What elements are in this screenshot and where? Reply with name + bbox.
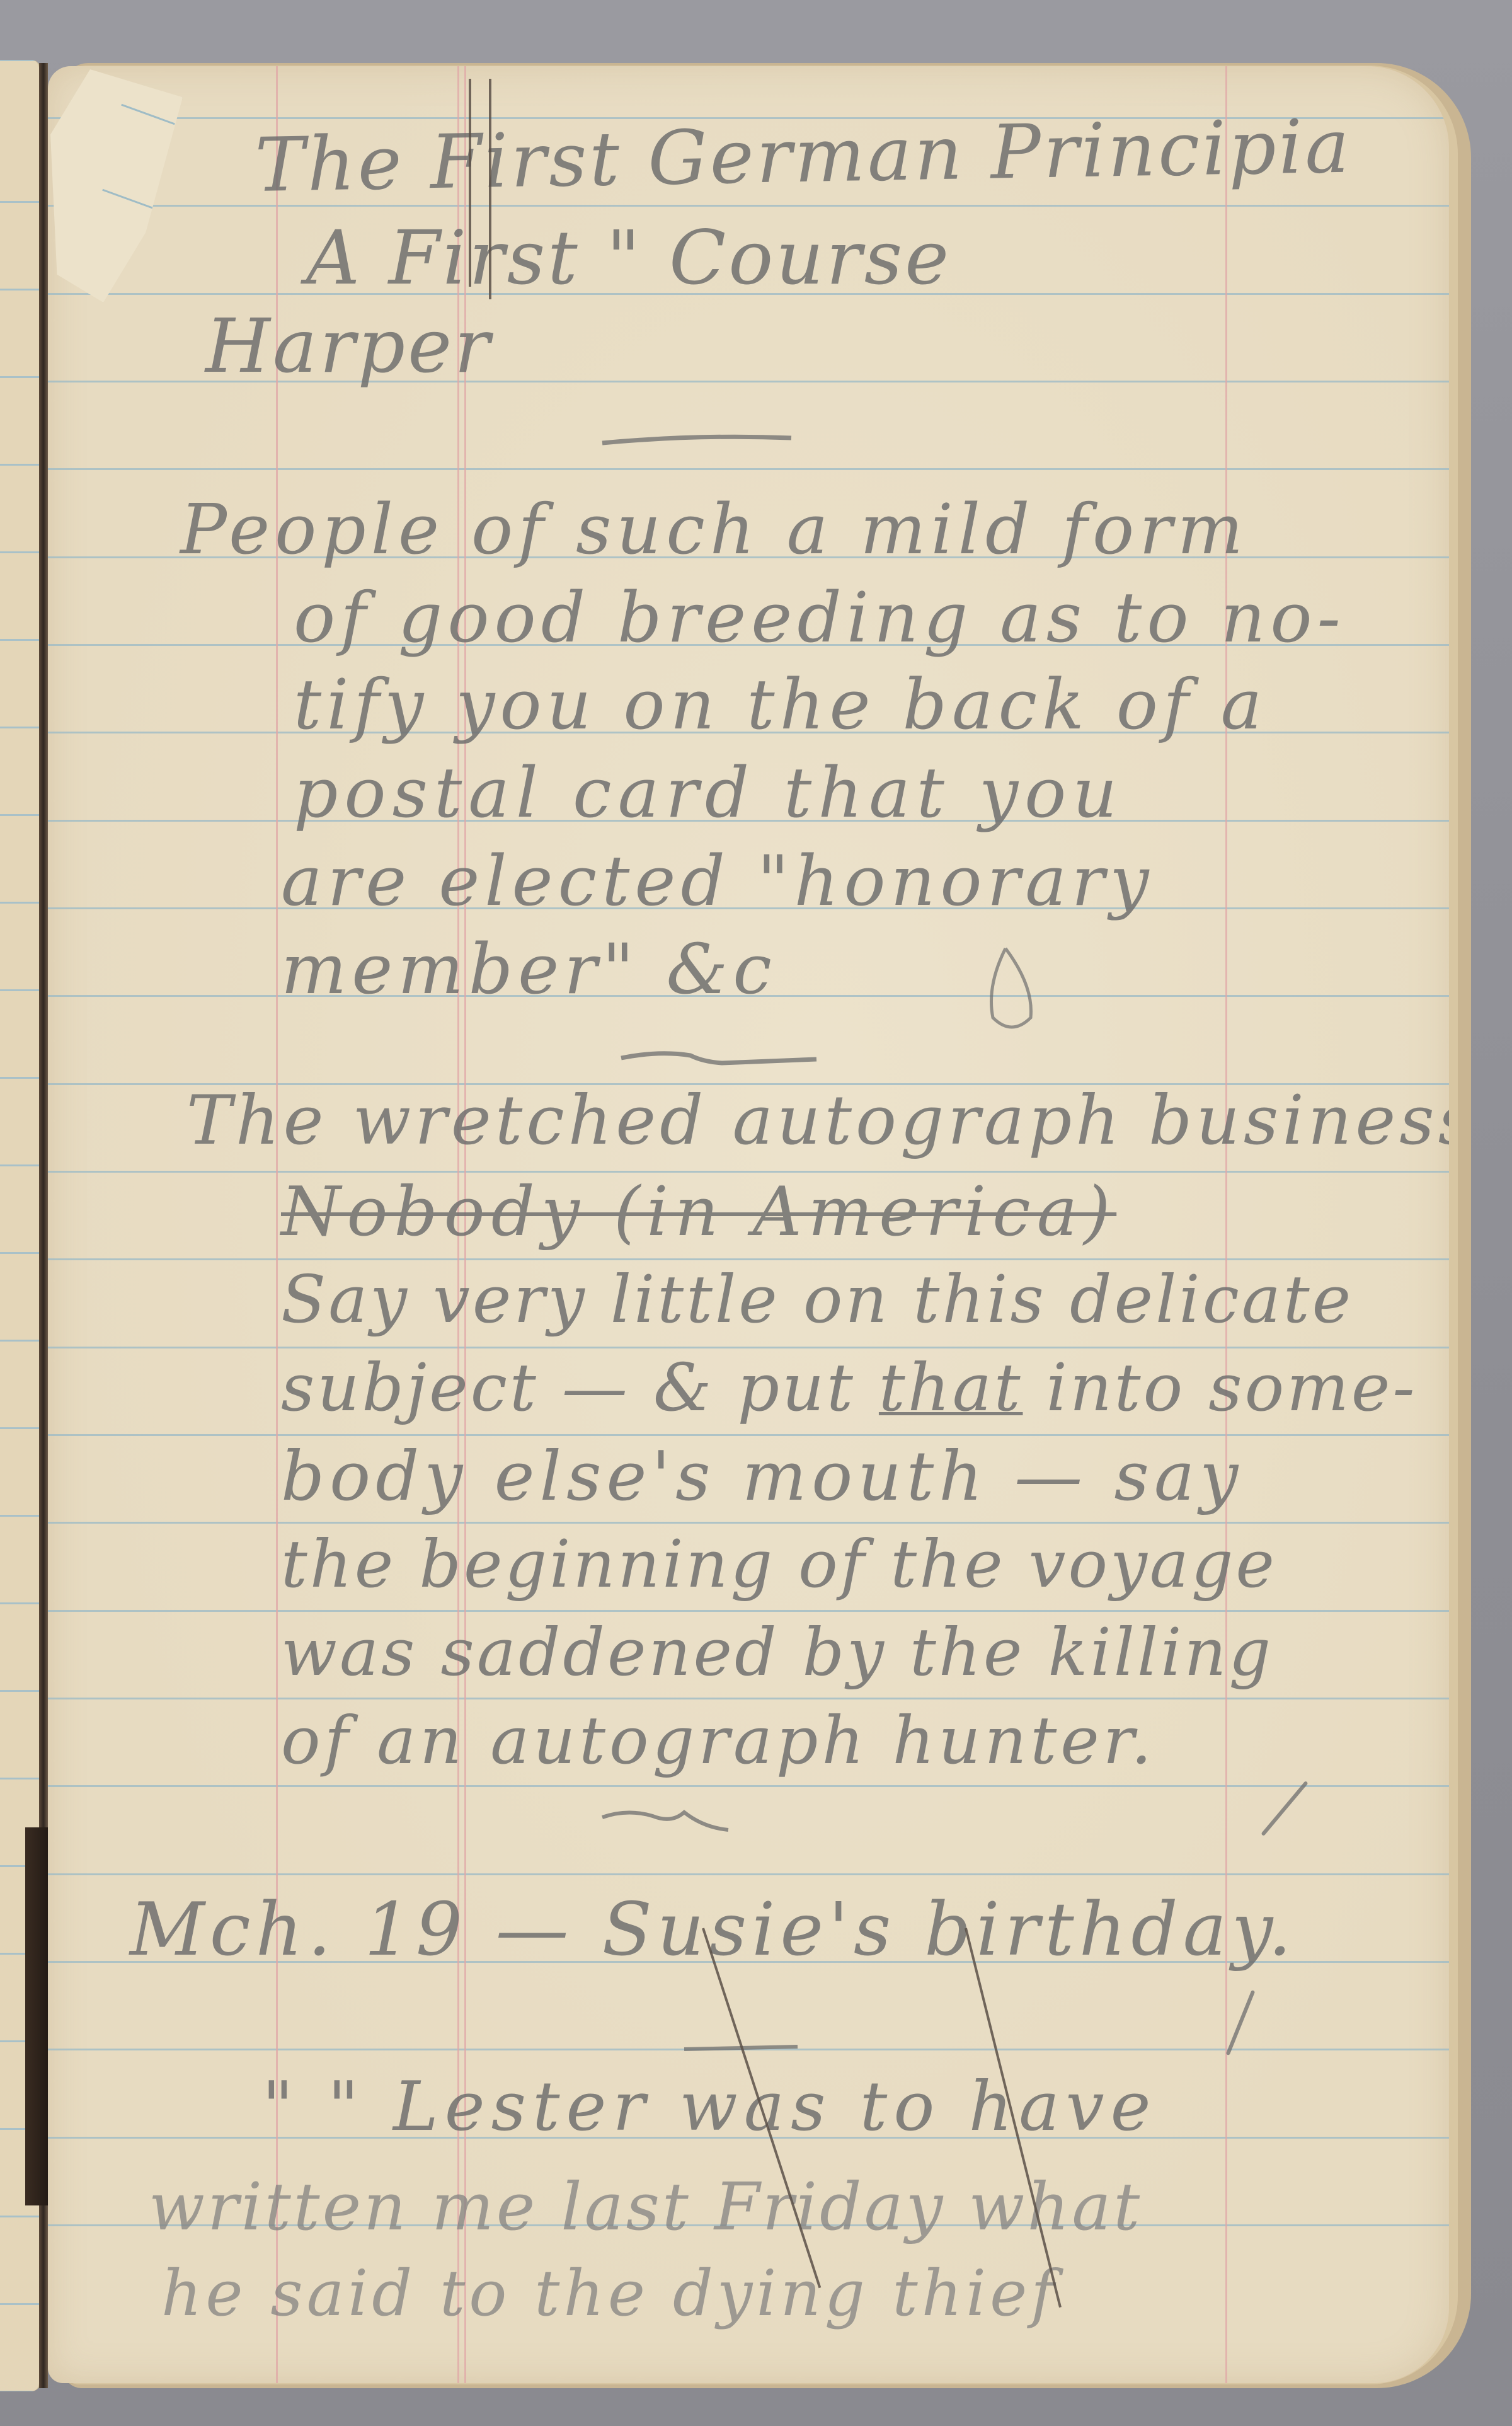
- handwriting-line-13: subject — & put that into some-: [281, 1355, 1417, 1420]
- handwriting-line-11-struck: Nobody (in America): [281, 1178, 1116, 1246]
- rule-line: [48, 1347, 1449, 1348]
- line-13-start: subject — & put: [281, 1349, 856, 1426]
- rule-line: [48, 1522, 1449, 1524]
- handwriting-line-20: written me last Friday what: [149, 2174, 1142, 2239]
- handwriting-line-1: The First German Principia: [255, 109, 1353, 202]
- handwriting-line-7: postal card that you: [294, 758, 1123, 827]
- handwriting-line-10: The wretched autograph business.: [186, 1087, 1449, 1155]
- rule-line: [48, 1698, 1449, 1699]
- handwriting-line-9: member" &c: [281, 934, 777, 1004]
- handwriting-line-21: he said to the dying thief: [161, 2262, 1058, 2325]
- handwriting-line-6: tify you on the back of a: [294, 670, 1267, 739]
- separator-line-2: [621, 1049, 816, 1074]
- rule-line: [48, 1434, 1449, 1436]
- rule-line: [48, 1610, 1449, 1612]
- handwriting-line-4: People of such a mild form: [180, 495, 1248, 564]
- binding-gutter-lower: [25, 1827, 48, 2205]
- notebook-page: The First German Principia A First " Cou…: [48, 66, 1449, 2383]
- margin-line-left: [276, 66, 278, 2383]
- rule-line: [48, 1258, 1449, 1260]
- rule-line: [48, 1785, 1449, 1787]
- handwriting-line-3: Harper: [205, 309, 492, 383]
- ink-stroke-top-2: [489, 79, 491, 299]
- handwriting-line-16: was saddened by the killing: [281, 1619, 1273, 1685]
- line-13-end: into some-: [1046, 1349, 1417, 1426]
- handwriting-line-12: Say very little on this delicate: [281, 1267, 1353, 1332]
- ink-stroke-top-1: [469, 79, 471, 287]
- loop-mark: [980, 948, 1037, 1043]
- handwriting-line-15: the beginning of the voyage: [281, 1531, 1277, 1597]
- separator-line-1: [602, 432, 791, 451]
- flap-rule-line: [121, 104, 175, 125]
- handwriting-line-17: of an autograph hunter.: [281, 1708, 1155, 1773]
- handwriting-line-5: of good breeding as to no-: [294, 583, 1346, 652]
- flap-rule-line: [102, 189, 156, 210]
- separator-line-3: [602, 1808, 728, 1840]
- margin-line-right: [1225, 66, 1227, 2383]
- handwriting-line-19: " " Lester was to have: [262, 2073, 1157, 2141]
- rule-line: [48, 1873, 1449, 1875]
- handwriting-line-8: are elected "honorary: [281, 846, 1154, 916]
- handwriting-line-2: A First " Course: [306, 221, 951, 295]
- rule-line: [48, 468, 1449, 470]
- underlined-word: that: [879, 1349, 1023, 1426]
- handwriting-line-14: body else's mouth — say: [281, 1443, 1243, 1511]
